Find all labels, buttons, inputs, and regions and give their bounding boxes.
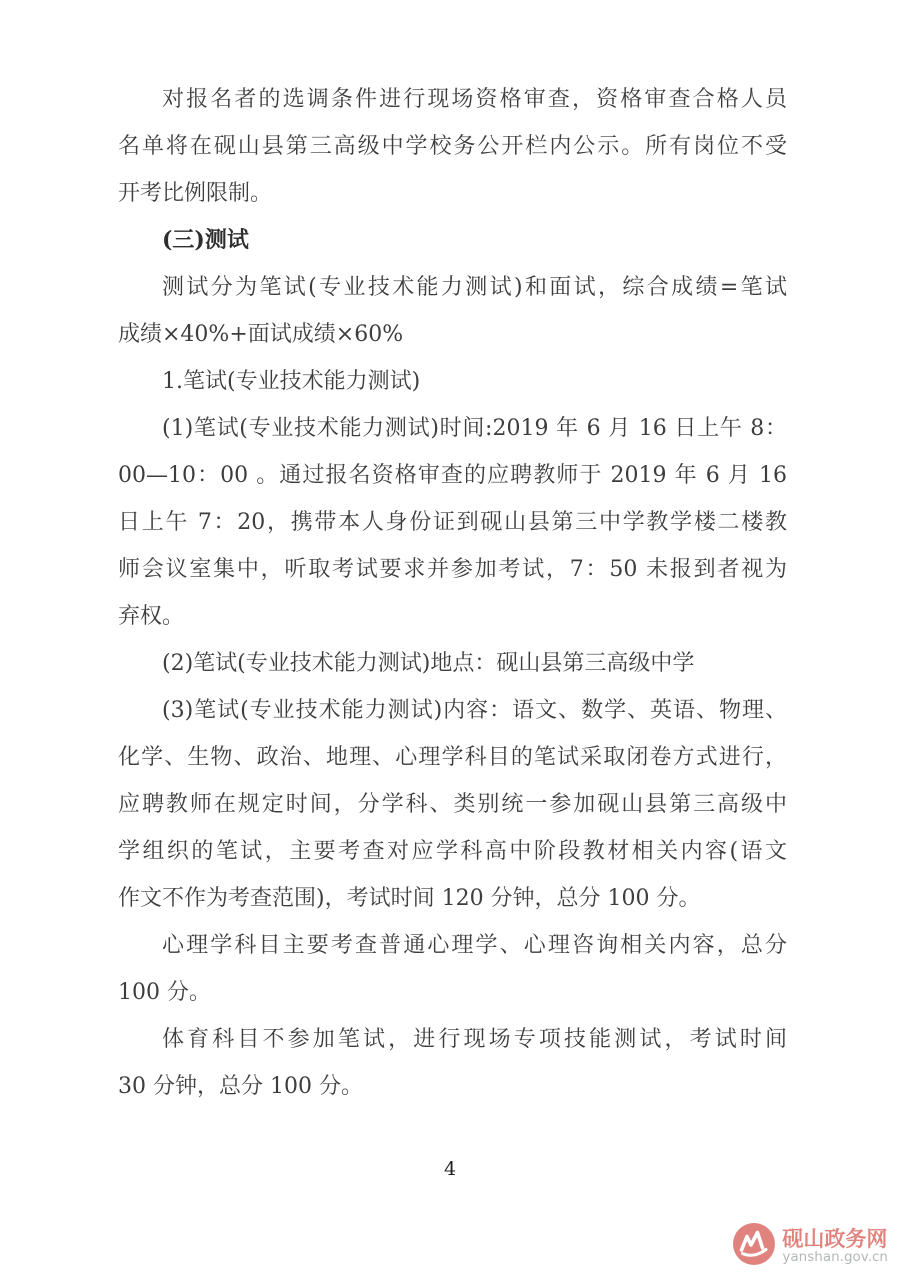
text-line: 作文不作为考查范围)，考试时间 120 分钟，总分 100 分。 (118, 875, 787, 922)
watermark-site-title: 砚山政务网 (782, 1228, 888, 1250)
text-line: 名单将在砚山县第三高级中学校务公开栏内公示。所有岗位不受 (118, 123, 787, 170)
text-line: 1.笔试(专业技术能力测试) (118, 358, 787, 405)
text-line: 师会议室集中，听取考试要求并参加考试，7：50 未报到者视为 (118, 546, 787, 593)
text-line: 对报名者的选调条件进行现场资格审查，资格审查合格人员 (118, 76, 787, 123)
watermark-text: 砚山政务网 yanshan.gov.cn (782, 1228, 888, 1264)
text-line: 成绩×40%+面试成绩×60% (118, 311, 787, 358)
text-line: 100 分。 (118, 969, 787, 1016)
text-line: 30 分钟，总分 100 分。 (118, 1063, 787, 1110)
watermark-site-url: yanshan.gov.cn (782, 1250, 888, 1264)
mountain-brush-icon (733, 1223, 775, 1269)
text-line: (3)笔试(专业技术能力测试)内容：语文、数学、英语、物理、 (118, 687, 787, 734)
text-line: 体育科目不参加笔试，进行现场专项技能测试，考试时间 (118, 1016, 787, 1063)
text-line: 测试分为笔试(专业技术能力测试)和面试，综合成绩=笔试 (118, 264, 787, 311)
text-line: (1)笔试(专业技术能力测试)时间:2019 年 6 月 16 日上午 8： (118, 405, 787, 452)
text-line: 学组织的笔试，主要考查对应学科高中阶段教材相关内容(语文 (118, 828, 787, 875)
text-line: 开考比例限制。 (118, 170, 787, 217)
text-line: 应聘教师在规定时间，分学科、类别统一参加砚山县第三高级中 (118, 781, 787, 828)
text-line: 化学、生物、政治、地理、心理学科目的笔试采取闭卷方式进行， (118, 734, 787, 781)
text-line: 弃权。 (118, 593, 787, 640)
section-heading: (三)测试 (118, 217, 787, 264)
text-line: 心理学科目主要考查普通心理学、心理咨询相关内容，总分 (118, 922, 787, 969)
page-number: 4 (0, 1158, 900, 1180)
text-line: 日上午 7：20，携带本人身份证到砚山县第三中学教学楼二楼教 (118, 499, 787, 546)
document-body: 对报名者的选调条件进行现场资格审查，资格审查合格人员名单将在砚山县第三高级中学校… (118, 0, 787, 1110)
text-line: (2)笔试(专业技术能力测试)地点：砚山县第三高级中学 (118, 640, 787, 687)
text-line: 00—10：00 。通过报名资格审查的应聘教师于 2019 年 6 月 16 (118, 452, 787, 499)
site-watermark: 砚山政务网 yanshan.gov.cn (733, 1223, 888, 1269)
